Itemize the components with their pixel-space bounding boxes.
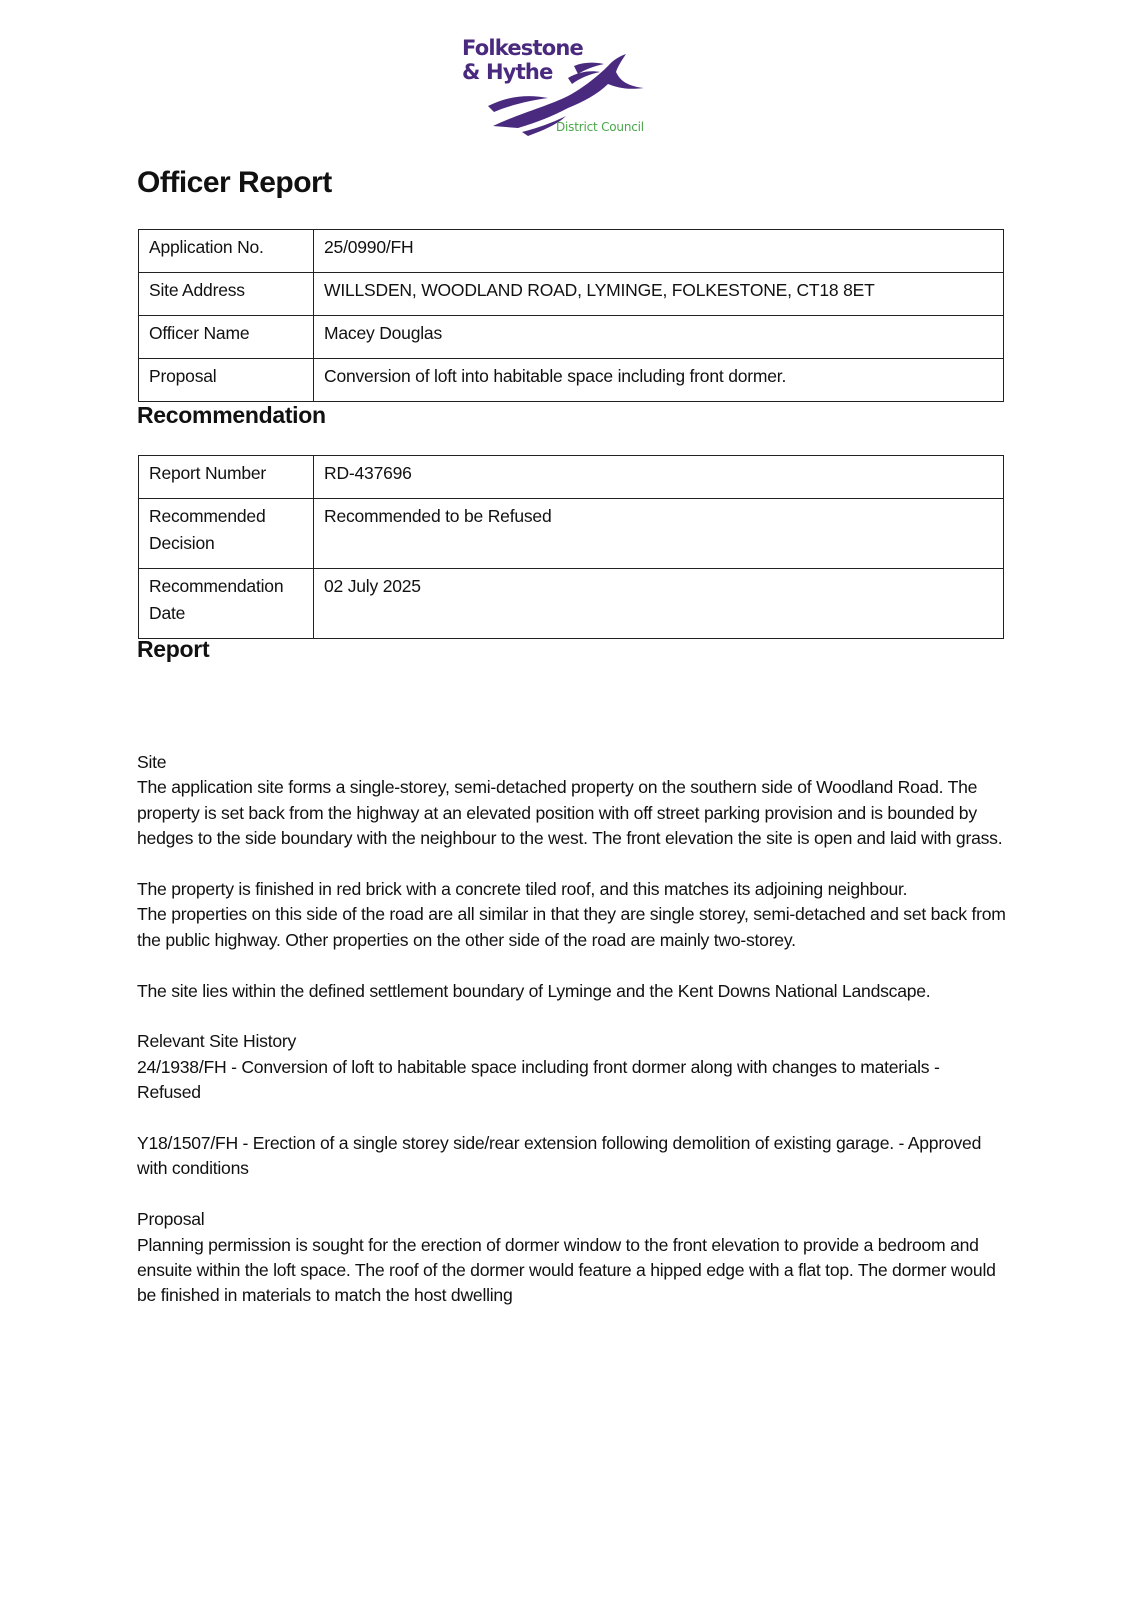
row-label: Recommendation Date bbox=[139, 569, 314, 639]
site-paragraph: The properties on this side of the road … bbox=[137, 902, 1007, 953]
table-row: Officer Name Macey Douglas bbox=[139, 316, 1004, 359]
row-value: WILLSDEN, WOODLAND ROAD, LYMINGE, FOLKES… bbox=[314, 273, 1004, 316]
row-label: Application No. bbox=[139, 230, 314, 273]
table-row: Recommended Decision Recommended to be R… bbox=[139, 499, 1004, 569]
site-paragraph: The site lies within the defined settlem… bbox=[137, 979, 1007, 1004]
report-heading: Report bbox=[137, 636, 209, 663]
table-row: Proposal Conversion of loft into habitab… bbox=[139, 359, 1004, 402]
row-label: Site Address bbox=[139, 273, 314, 316]
page-title: Officer Report bbox=[137, 166, 332, 200]
site-paragraph: The property is finished in red brick wi… bbox=[137, 877, 1007, 902]
row-label: Officer Name bbox=[139, 316, 314, 359]
proposal-heading: Proposal bbox=[137, 1207, 1007, 1232]
row-value: RD-437696 bbox=[314, 456, 1004, 499]
recommendation-heading: Recommendation bbox=[137, 402, 326, 429]
table-row: Report Number RD-437696 bbox=[139, 456, 1004, 499]
logo-subtitle: District Council bbox=[556, 120, 644, 134]
table-row: Site Address WILLSDEN, WOODLAND ROAD, LY… bbox=[139, 273, 1004, 316]
row-value: 02 July 2025 bbox=[314, 569, 1004, 639]
history-heading: Relevant Site History bbox=[137, 1029, 1007, 1054]
site-heading: Site bbox=[137, 750, 1007, 775]
row-label: Proposal bbox=[139, 359, 314, 402]
application-details-table: Application No. 25/0990/FH Site Address … bbox=[138, 229, 1004, 402]
row-label: Recommended Decision bbox=[139, 499, 314, 569]
table-row: Recommendation Date 02 July 2025 bbox=[139, 569, 1004, 639]
logo-wordmark: Folkestone & Hythe bbox=[462, 36, 583, 84]
report-body: Site The application site forms a single… bbox=[137, 750, 1007, 1309]
row-value: 25/0990/FH bbox=[314, 230, 1004, 273]
recommendation-table: Report Number RD-437696 Recommended Deci… bbox=[138, 455, 1004, 639]
history-item: Y18/1507/FH - Erection of a single store… bbox=[137, 1131, 1007, 1182]
history-item: 24/1938/FH - Conversion of loft to habit… bbox=[137, 1055, 1007, 1106]
table-row: Application No. 25/0990/FH bbox=[139, 230, 1004, 273]
row-value: Macey Douglas bbox=[314, 316, 1004, 359]
site-paragraph: The application site forms a single-stor… bbox=[137, 775, 1007, 851]
row-value: Conversion of loft into habitable space … bbox=[314, 359, 1004, 402]
council-logo: Folkestone & Hythe District Council bbox=[458, 36, 658, 141]
row-value: Recommended to be Refused bbox=[314, 499, 1004, 569]
row-label: Report Number bbox=[139, 456, 314, 499]
proposal-paragraph: Planning permission is sought for the er… bbox=[137, 1233, 1007, 1309]
